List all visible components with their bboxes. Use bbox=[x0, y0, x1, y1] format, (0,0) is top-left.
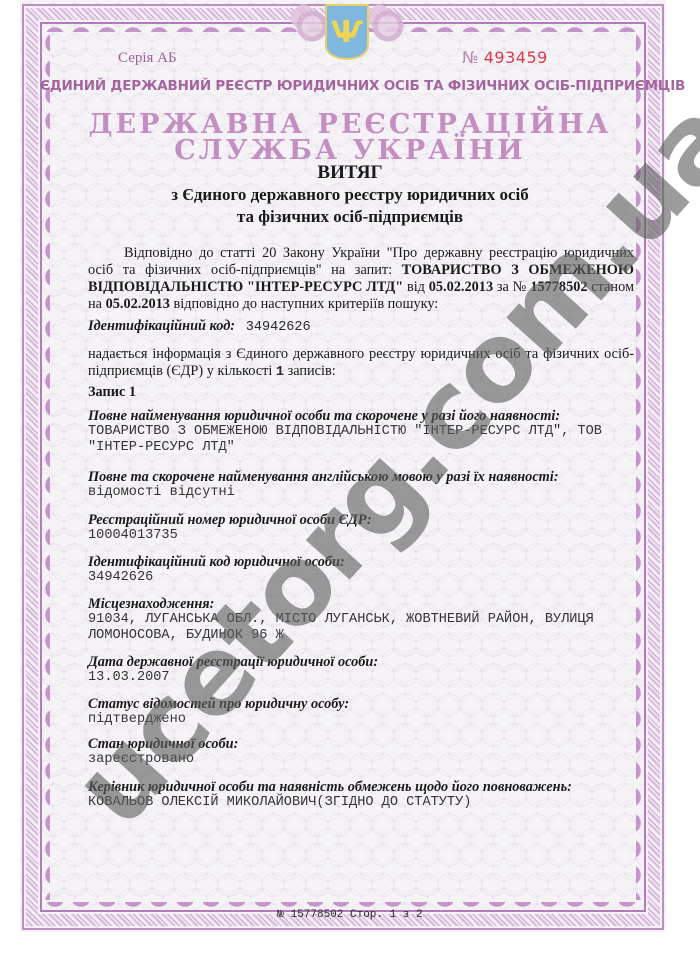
trident-coat-of-arms-icon: Ѱ bbox=[325, 4, 369, 60]
field-value: ТОВАРИСТВО З ОБМЕЖЕНОЮ ВІДПОВІДАЛЬНІСТЮ … bbox=[88, 424, 634, 456]
intro-text: від bbox=[403, 279, 429, 295]
field-location: Місцезнаходження: 91034, ЛУГАНСЬКА ОБЛ.,… bbox=[88, 596, 634, 644]
field-registration-number: Реєстраційний номер юридичної особи ЄДР:… bbox=[88, 512, 634, 544]
intro-paragraph: Відповідно до статті 20 Закону України "… bbox=[88, 245, 634, 313]
search-criteria: Ідентифікаційний код: 34942626 bbox=[88, 318, 634, 336]
field-value: підтверджено bbox=[88, 712, 634, 728]
as-of-date: 05.02.2013 bbox=[106, 296, 170, 312]
floral-ornament-right-icon bbox=[364, 2, 412, 50]
field-label: Ідентифікаційний код юридичної особи: bbox=[88, 554, 634, 570]
field-label: Керівник юридичної особи та наявність об… bbox=[88, 779, 634, 795]
field-label: Повне та скорочене найменування англійсь… bbox=[88, 469, 634, 485]
field-director: Керівник юридичної особи та наявність об… bbox=[88, 779, 634, 811]
record-heading: Запис 1 bbox=[88, 384, 634, 401]
field-label: Статус відомостей про юридичну особу: bbox=[88, 696, 634, 712]
intro-text: за № bbox=[493, 279, 530, 295]
field-label: Місцезнаходження: bbox=[88, 596, 634, 612]
field-registration-date: Дата державної реєстрації юридичної особ… bbox=[88, 654, 634, 686]
record-count: 1 bbox=[276, 365, 284, 380]
result-info-paragraph: надається інформація з Єдиного державног… bbox=[88, 346, 634, 381]
request-number: 15778502 bbox=[530, 279, 587, 295]
field-value: 10004013735 bbox=[88, 528, 634, 544]
field-value: відомості відсутні bbox=[88, 485, 634, 501]
document-subtitle: з Єдиного державного реєстру юридичних о… bbox=[0, 184, 700, 228]
field-value: 91034, ЛУГАНСЬКА ОБЛ., МІСТО ЛУГАНСЬК, Ж… bbox=[88, 612, 634, 644]
document-title: ВИТЯГ bbox=[0, 162, 700, 184]
serial-number: № 493459 bbox=[462, 48, 548, 67]
request-date: 05.02.2013 bbox=[429, 279, 493, 295]
field-identification-code: Ідентифікаційний код юридичної особи: 34… bbox=[88, 554, 634, 586]
field-label: Дата державної реєстрації юридичної особ… bbox=[88, 654, 634, 670]
field-english-name: Повне та скорочене найменування англійсь… bbox=[88, 469, 634, 501]
registry-band-title: ЄДИНИЙ ДЕРЖАВНИЙ РЕЄСТР ЮРИДИЧНИХ ОСІБ Т… bbox=[40, 78, 660, 94]
field-value: КОВАЛЬОВ ОЛЕКСІЙ МИКОЛАЙОВИЧ(ЗГІДНО ДО С… bbox=[88, 795, 634, 811]
series-label: Серія АБ bbox=[118, 50, 177, 67]
field-info-status: Статус відомостей про юридичну особу: пі… bbox=[88, 696, 634, 728]
intro-text: відповідно до наступних критеріїв пошуку… bbox=[170, 296, 438, 312]
field-label: Повне найменування юридичної особи та ск… bbox=[88, 408, 634, 424]
result-info-text: надається інформація з Єдиного державног… bbox=[88, 346, 634, 379]
page-footer: № 15778502 Стор. 1 з 2 bbox=[0, 909, 700, 921]
number-sign: № bbox=[462, 48, 479, 67]
subtitle-line1: з Єдиного державного реєстру юридичних о… bbox=[0, 184, 700, 206]
search-criteria-value: 34942626 bbox=[246, 320, 311, 335]
serial-number-value: 493459 bbox=[484, 48, 548, 67]
result-info-text: записів: bbox=[284, 363, 336, 379]
field-label: Стан юридичної особи: bbox=[88, 736, 634, 752]
field-value: 13.03.2007 bbox=[88, 670, 634, 686]
subtitle-line2: та фізичних осіб-підприємців bbox=[0, 206, 700, 228]
field-value: зареєстровано bbox=[88, 752, 634, 768]
field-value: 34942626 bbox=[88, 570, 634, 586]
field-entity-state: Стан юридичної особи: зареєстровано bbox=[88, 736, 634, 768]
field-full-name: Повне найменування юридичної особи та ск… bbox=[88, 408, 634, 456]
field-label: Реєстраційний номер юридичної особи ЄДР: bbox=[88, 512, 634, 528]
search-criteria-label: Ідентифікаційний код: bbox=[88, 318, 235, 334]
